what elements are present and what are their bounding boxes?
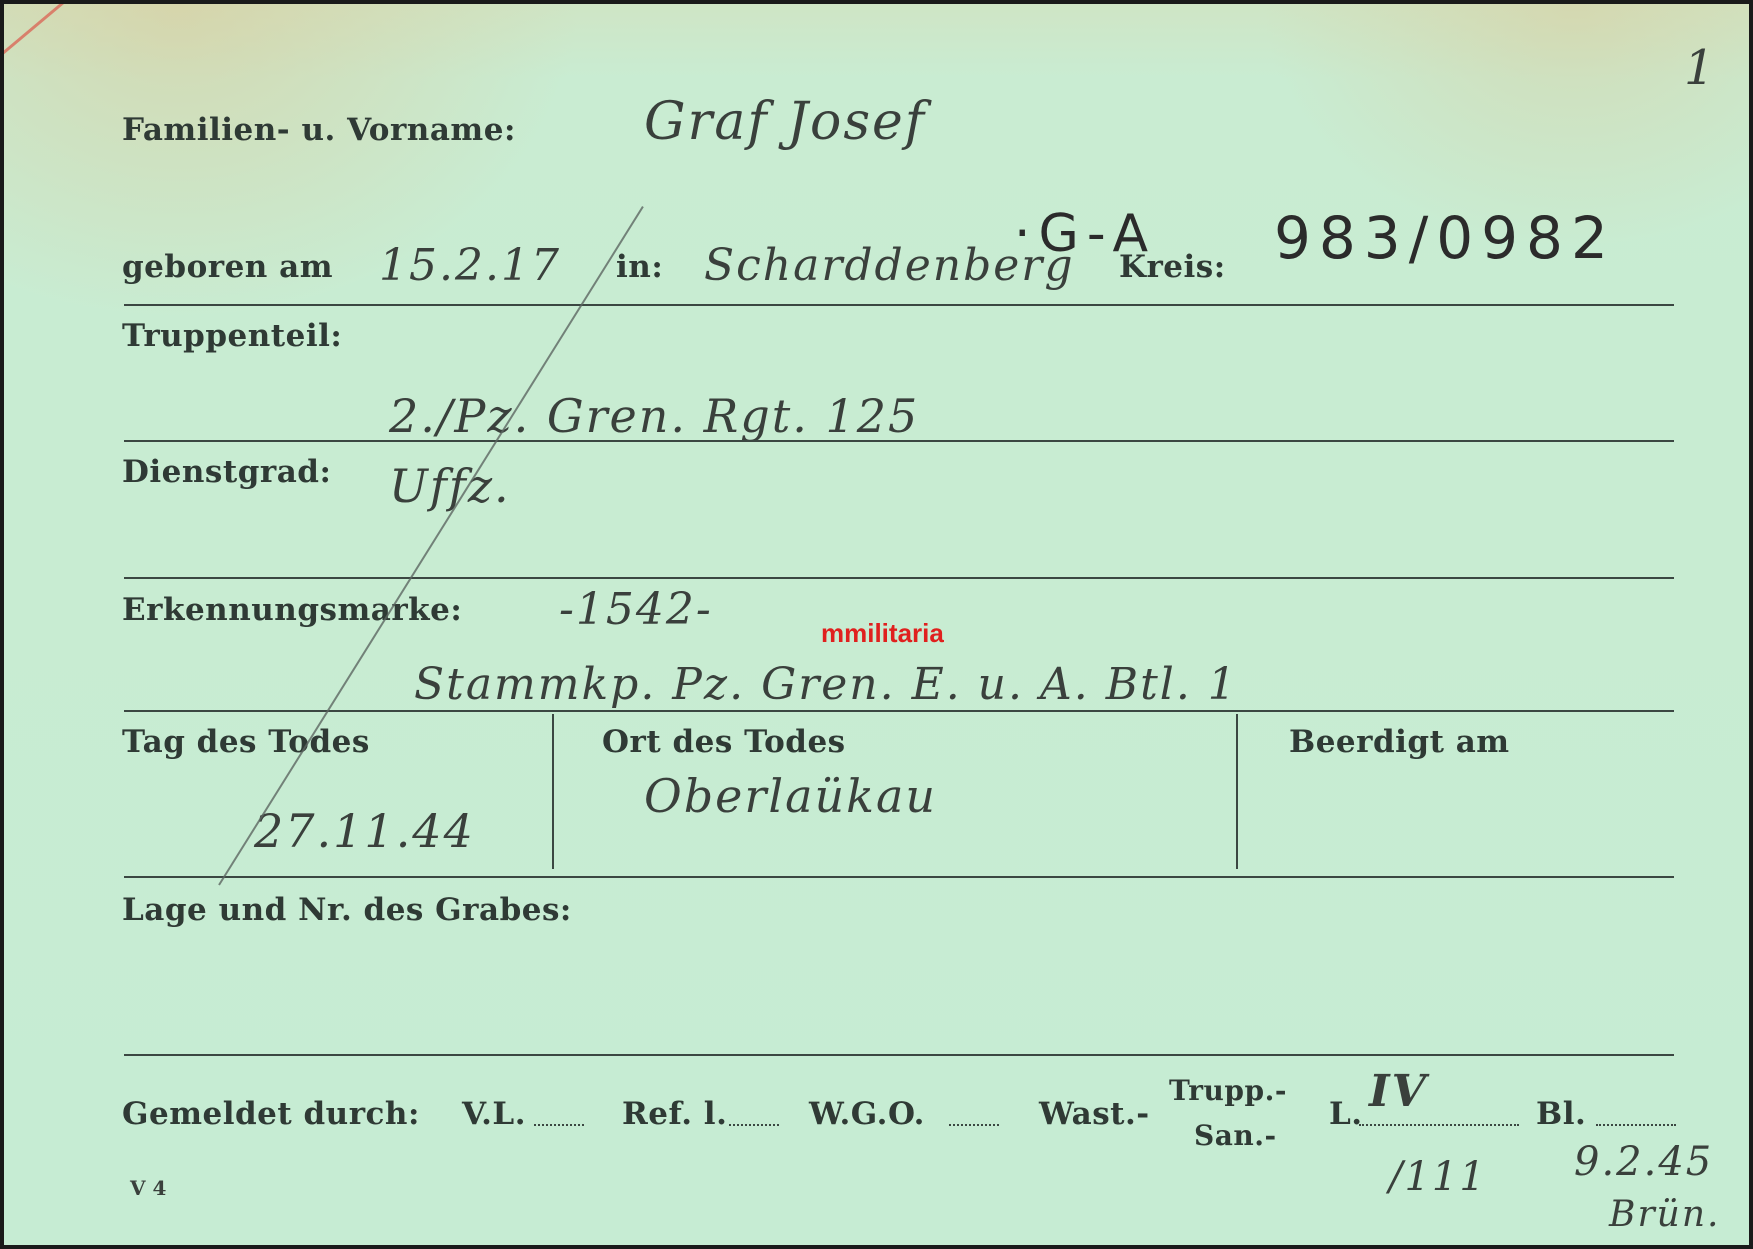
reference-number: 983/0982 xyxy=(1274,204,1616,272)
death-date-value: 27.11.44 xyxy=(254,804,475,858)
dotted-line xyxy=(949,1124,999,1126)
birth-date-value: 15.2.17 xyxy=(379,240,561,291)
divider-6 xyxy=(124,1054,1674,1056)
divider-1 xyxy=(124,304,1674,306)
name-label: Familien- u. Vorname: xyxy=(122,112,516,148)
form-code: V 4 xyxy=(130,1176,166,1200)
divider-5 xyxy=(124,876,1674,878)
red-pencil-mark xyxy=(4,4,128,79)
divider-2 xyxy=(124,440,1674,442)
dotted-line xyxy=(729,1124,779,1126)
death-record-card: 1 Familien- u. Vorname: Graf Josef ·G-A … xyxy=(4,4,1749,1245)
handwritten-date: 9.2.45 xyxy=(1574,1139,1713,1185)
death-date-label: Tag des Todes xyxy=(122,724,370,760)
san-label: San.- xyxy=(1194,1119,1277,1152)
l-label: L. xyxy=(1329,1096,1363,1132)
column-divider-2 xyxy=(1236,714,1238,869)
id-tag-label: Erkennungsmarke: xyxy=(122,592,462,628)
dotted-line xyxy=(534,1124,584,1126)
grave-label: Lage und Nr. des Grabes: xyxy=(122,892,572,928)
divider-3 xyxy=(124,577,1674,579)
dotted-line xyxy=(1596,1124,1676,1126)
reported-by-label: Gemeldet durch: xyxy=(122,1096,420,1132)
column-divider-1 xyxy=(552,714,554,869)
id-tag-value: -1542- xyxy=(559,584,713,635)
unit-value: 2./Pz. Gren. Rgt. 125 xyxy=(389,389,919,443)
l-value: IV xyxy=(1369,1066,1428,1117)
buried-on-label: Beerdigt am xyxy=(1289,724,1510,760)
reported-by-vl: V.L. xyxy=(462,1096,526,1132)
handwritten-number: /111 xyxy=(1389,1154,1487,1200)
divider-4 xyxy=(124,710,1674,712)
death-place-label: Ort des Todes xyxy=(602,724,846,760)
dotted-line xyxy=(1359,1124,1519,1126)
district-label: Kreis: xyxy=(1119,249,1226,285)
rank-value: Uffz. xyxy=(389,459,511,513)
death-place-value: Oberlaükau xyxy=(644,769,937,823)
name-value: Graf Josef xyxy=(644,92,926,152)
watermark: mmilitaria xyxy=(821,618,944,649)
birth-place-label: in: xyxy=(616,249,663,285)
diagonal-strike-line xyxy=(218,206,644,885)
id-tag-value-line2: Stammkp. Pz. Gren. E. u. A. Btl. 1 xyxy=(414,659,1238,710)
birth-place-value: Scharddenberg xyxy=(704,240,1075,291)
birth-date-label: geboren am xyxy=(122,249,333,285)
trupp-label: Trupp.- xyxy=(1169,1074,1287,1107)
rank-label: Dienstgrad: xyxy=(122,454,331,490)
unit-label: Truppenteil: xyxy=(122,318,342,354)
bl-label: Bl. xyxy=(1536,1096,1586,1132)
corner-number: 1 xyxy=(1684,40,1717,96)
reported-by-wgo: W.G.O. xyxy=(809,1096,925,1132)
handwritten-initials: Brün. xyxy=(1609,1194,1720,1235)
reported-by-wast: Wast.- xyxy=(1039,1096,1150,1132)
reported-by-ref: Ref. l. xyxy=(622,1096,727,1132)
